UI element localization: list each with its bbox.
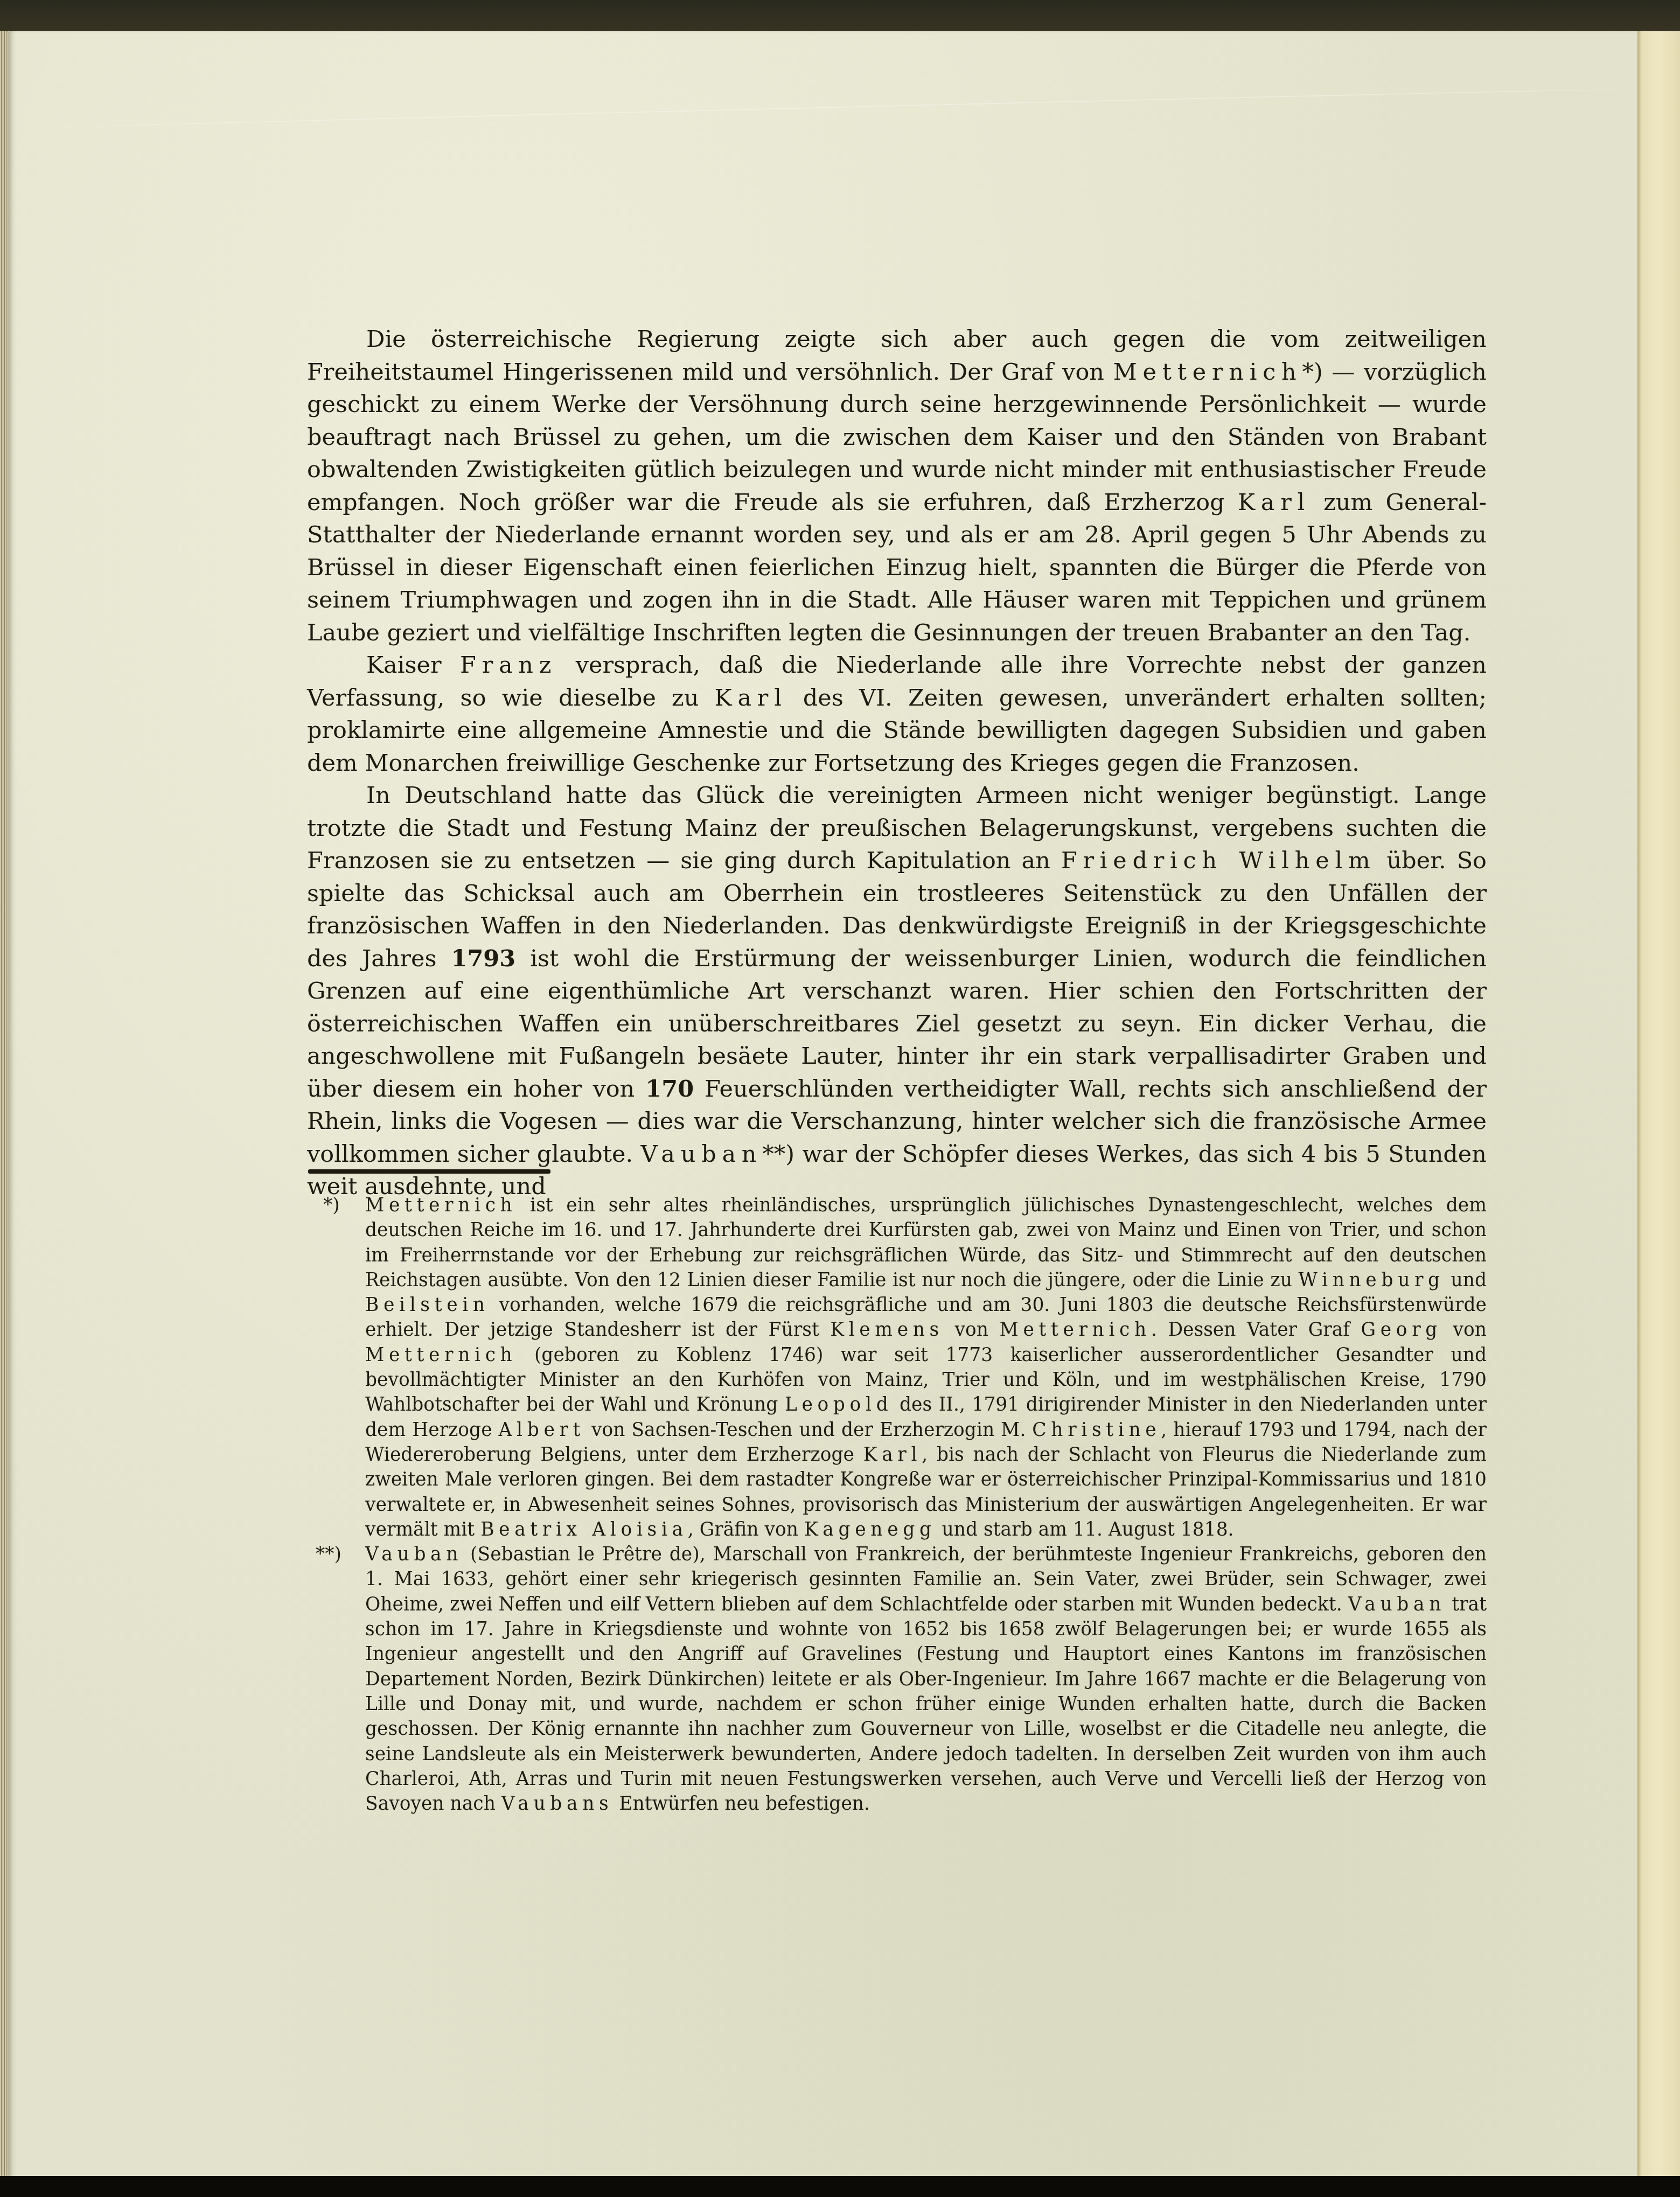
text-run: und starb am 11. August 1818.	[936, 1519, 1234, 1540]
emphasized-name: Christine	[1032, 1419, 1161, 1441]
emphasized-name: Klemens	[830, 1319, 944, 1341]
emphasized-name: Karl	[863, 1444, 922, 1466]
emphasized-name: Metternich	[365, 1195, 517, 1216]
text-run: Entwürfen neu befestigen.	[613, 1793, 870, 1815]
footnote-vauban: **) Vauban (Sebastian le Prêtre de), Mar…	[323, 1542, 1487, 1816]
emphasized-name: Beilstein	[365, 1294, 490, 1316]
footnote-text: Metternich ist ein sehr altes rheinländi…	[365, 1195, 1487, 1540]
main-text: Die österreichische Regierung zeigte sic…	[307, 323, 1487, 1203]
emphasized-name: Winneburg	[1299, 1270, 1445, 1291]
emphasized-name: Metternich	[1113, 359, 1302, 386]
emphasized-name: Friedrich Wilhelm	[1061, 847, 1376, 874]
emphasized-name: Leopold	[785, 1394, 893, 1415]
bold-number: 1793	[451, 945, 516, 972]
text-run: , Gräfin von	[688, 1519, 804, 1540]
emphasized-name: Franz	[460, 652, 557, 679]
text-run: Kaiser	[366, 652, 460, 679]
emphasized-name: Vauban	[365, 1544, 463, 1565]
footnote-metternich: *) Metternich ist ein sehr altes rheinlä…	[323, 1193, 1487, 1542]
footnote-separator	[308, 1169, 550, 1174]
text-run: von	[1442, 1319, 1487, 1341]
paragraph: Die österreichische Regierung zeigte sic…	[307, 323, 1487, 649]
emphasized-name: Albert	[499, 1419, 585, 1441]
emphasized-name: Georg	[1361, 1319, 1442, 1341]
footnote-marker: **)	[316, 1542, 341, 1567]
text-run: (Sebastian le Prêtre de), Marschall von …	[365, 1544, 1487, 1615]
emphasized-name: Karl	[1238, 489, 1310, 516]
text-run: trat schon im 17. Jahre in Kriegsdienste…	[365, 1594, 1487, 1815]
emphasized-name: Kagenegg	[804, 1519, 936, 1540]
emphasized-name: Karl	[715, 685, 787, 712]
bold-number: 170	[645, 1076, 694, 1103]
paragraph: Kaiser Franz versprach, daß die Niederla…	[307, 649, 1487, 779]
emphasized-name: Metternich	[999, 1319, 1151, 1341]
footnotes: *) Metternich ist ein sehr altes rheinlä…	[323, 1193, 1487, 1816]
footnote-marker: *)	[323, 1193, 340, 1218]
paragraph: In Deutschland hatte das Glück die verei…	[307, 779, 1487, 1203]
text-run: von	[944, 1319, 1000, 1341]
emphasized-name: Vaubans	[501, 1793, 614, 1815]
text-run: und	[1445, 1270, 1487, 1291]
book-gutter	[1637, 31, 1680, 2180]
emphasized-name: Metternich	[365, 1344, 517, 1366]
emphasized-name: Vauban	[641, 1141, 763, 1168]
emphasized-name: Vauban	[1348, 1594, 1446, 1615]
paper-crease	[56, 88, 1618, 130]
text-run: . Dessen Vater Graf	[1151, 1319, 1361, 1341]
scan-background-bottom	[0, 2176, 1680, 2197]
footnote-text: Vauban (Sebastian le Prêtre de), Marscha…	[365, 1544, 1487, 1815]
text-run: von Sachsen-Teschen und der Erzherzogin …	[585, 1419, 1032, 1441]
emphasized-name: Beatrix Aloisia	[480, 1519, 688, 1540]
